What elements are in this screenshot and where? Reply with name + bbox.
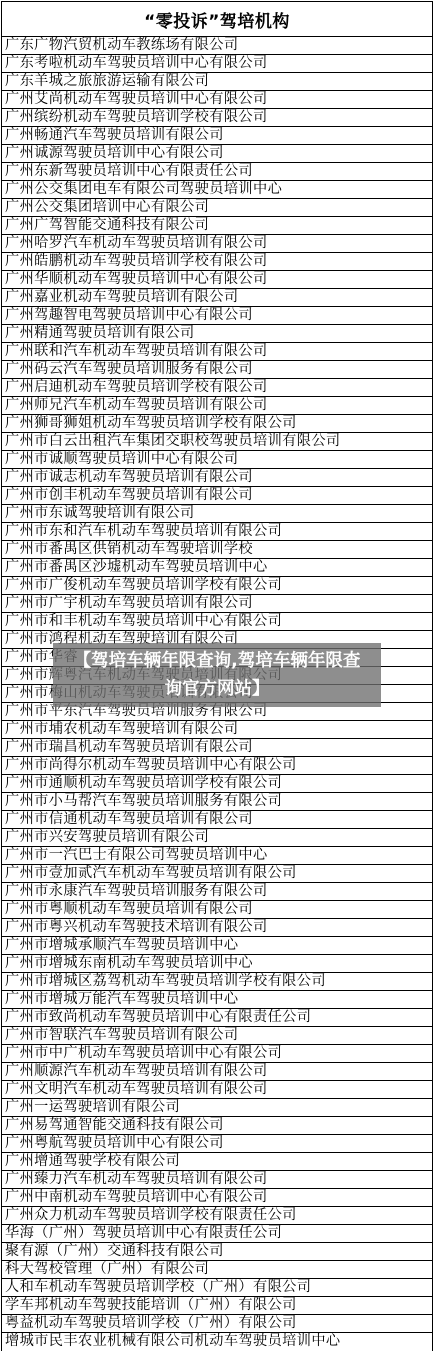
table-row: 学车邦机动车驾驶技能培训（广州）有限公司 (2, 1297, 432, 1315)
table-row: 广州市智联汽车驾驶员培训有限公司 (2, 1027, 432, 1045)
table-row: 广州公交集团电车有限公司驾驶员培训中心 (2, 181, 432, 199)
table-row: 广州市白云出租汽车集团交职校驾驶员培训有限公司 (2, 433, 432, 451)
table-row: 广州市诚志机动车驾驶员培训有限公司 (2, 469, 432, 487)
watermark-banner: 【驾培车辆年限查询,驾培车辆年限查询官方网站】 (53, 643, 381, 707)
table-row: 广州市增城东南机动车驾驶员培训中心 (2, 955, 432, 973)
table-row: 广州市和丰机动车驾驶员培训中心有限公司 (2, 613, 432, 631)
table-row: 广州市番禺区沙墟机动车驾驶员培训中心 (2, 559, 432, 577)
table-row: 广州公交集团培训中心有限公司 (2, 199, 432, 217)
table-title: “零投诉”驾培机构 (2, 2, 432, 37)
table-row: 广州市永康汽车驾驶员培训服务有限公司 (2, 883, 432, 901)
table-row: 广州市尚得尔机动车驾驶员培训中心有限公司 (2, 757, 432, 775)
table-row: 广州增通驾驶学校有限公司 (2, 1153, 432, 1171)
table-row: 广州市广俊机动车驾驶员培训学校有限公司 (2, 577, 432, 595)
table-row: 广州市东和汽车机动车驾驶员培训有限公司 (2, 523, 432, 541)
table-row: 广州诚源驾驶员培训中心有限公司 (2, 145, 432, 163)
table-row: 广州市番禺区供销机动车驾驶培训学校 (2, 541, 432, 559)
table-row: 华海（广州）驾驶员培训中心有限责任公司 (2, 1225, 432, 1243)
table-row: 广州市小马帮汽车驾驶员培训服务有限公司 (2, 793, 432, 811)
table-row: 广州市广宇机动车驾驶员培训有限公司 (2, 595, 432, 613)
table-row: 广州臻力汽车机动车驾驶员培训有限公司 (2, 1171, 432, 1189)
table-row: 广州市诚顺驾驶员培训中心有限公司 (2, 451, 432, 469)
table-row: 广州市东诚驾驶培训有限公司 (2, 505, 432, 523)
table-row: 广州市粤顺机动车驾驶员培训有限公司 (2, 901, 432, 919)
table-row: 广州市信通机动车驾驶员培训有限公司 (2, 811, 432, 829)
table-row: 广州广驾智能交通科技有限公司 (2, 217, 432, 235)
table-row: 增城市民丰农业机械有限公司机动车驾驶员培训中心 (2, 1333, 432, 1351)
table-row: 广州华顺机动车驾驶员培训中心有限公司 (2, 271, 432, 289)
table-row: 广州市埔农机动车驾驶培训有限公司 (2, 721, 432, 739)
table-row: 广州码云汽车驾驶员培训服务有限公司 (2, 361, 432, 379)
table-row: 广州市增城区荔驾机动车驾驶员培训学校有限公司 (2, 973, 432, 991)
table-row: 广东羊城之旅旅游运输有限公司 (2, 73, 432, 91)
table-row: 广州一运驾驶培训有限公司 (2, 1099, 432, 1117)
table-row: 科大驾校管理（广州）有限公司 (2, 1261, 432, 1279)
table-row: 广州缤纷机动车驾驶员培训学校有限公司 (2, 109, 432, 127)
table-row: 广州嘉业机动车驾驶员培训有限公司 (2, 289, 432, 307)
table-row: 广州市创丰机动车驾驶员培训有限公司 (2, 487, 432, 505)
table-row: 广东广物汽贸机动车教练场有限公司 (2, 37, 432, 55)
table-row: 广州市粤兴机动车驾驶技术培训有限公司 (2, 919, 432, 937)
table-row: 广州粤航驾驶员培训中心有限公司 (2, 1135, 432, 1153)
table-row: 广州市增城承顺汽车驾驶员培训中心 (2, 937, 432, 955)
table-row: 广东考啦机动车驾驶员培训中心有限公司 (2, 55, 432, 73)
table-row: 广州市一汽巴士有限公司驾驶员培训中心 (2, 847, 432, 865)
table-row: 广州师兄汽车机动车驾驶员培训有限公司 (2, 397, 432, 415)
table-row: 广州皓鹏机动车驾驶员培训学校有限公司 (2, 253, 432, 271)
table-row: 广州顺源汽车机动车驾驶员培训有限公司 (2, 1063, 432, 1081)
table-row: 广州哈罗汽车机动车驾驶员培训有限公司 (2, 235, 432, 253)
table-row: 广州畅通汽车驾驶员培训有限公司 (2, 127, 432, 145)
table-row: 广州市瑞昌机动车驾驶员培训有限公司 (2, 739, 432, 757)
table-row: 广州众力机动车驾驶员培训学校有限责任公司 (2, 1207, 432, 1225)
table-row: 广州市通顺机动车驾驶员培训学校有限公司 (2, 775, 432, 793)
table-row: 广州市壹加贰汽车机动车驾驶员培训有限公司 (2, 865, 432, 883)
table-row: 广州市中广机动车驾驶员培训中心有限公司 (2, 1045, 432, 1063)
table-row: 广州中南机动车驾驶员培训中心有限公司 (2, 1189, 432, 1207)
table-row: 广州联和汽车机动车驾驶员培训有限公司 (2, 343, 432, 361)
table-row: 广州狮哥狮姐机动车驾驶员培训学校有限公司 (2, 415, 432, 433)
table-row: 广州东新驾驶员培训中心有限责任公司 (2, 163, 432, 181)
table-row: 广州市增城万能汽车驾驶员培训中心 (2, 991, 432, 1009)
table-row: 广州驾趣智电驾驶员培训中心有限公司 (2, 307, 432, 325)
table-row: 广州启迪机动车驾驶员培训学校有限公司 (2, 379, 432, 397)
table-row: 广州市兴安驾驶员培训有限公司 (2, 829, 432, 847)
table-row: 广州精通驾驶员培训有限公司 (2, 325, 432, 343)
table-row: 聚有源（广州）交通科技有限公司 (2, 1243, 432, 1261)
table-row: 粤益机动车驾驶员培训学校（广州）有限公司 (2, 1315, 432, 1333)
table-row: 广州市致尚机动车驾驶员培训中心有限责任公司 (2, 1009, 432, 1027)
table-row: 人和车机动车驾驶员培训学校（广州）有限公司 (2, 1279, 432, 1297)
table-row: 广州艾尚机动车驾驶员培训中心有限公司 (2, 91, 432, 109)
table-row: 广州易驾通智能交通科技有限公司 (2, 1117, 432, 1135)
table-row: 广州文明汽车机动车驾驶员培训有限公司 (2, 1081, 432, 1099)
watermark-text: 【驾培车辆年限查询,驾培车辆年限查询官方网站】 (67, 647, 367, 703)
